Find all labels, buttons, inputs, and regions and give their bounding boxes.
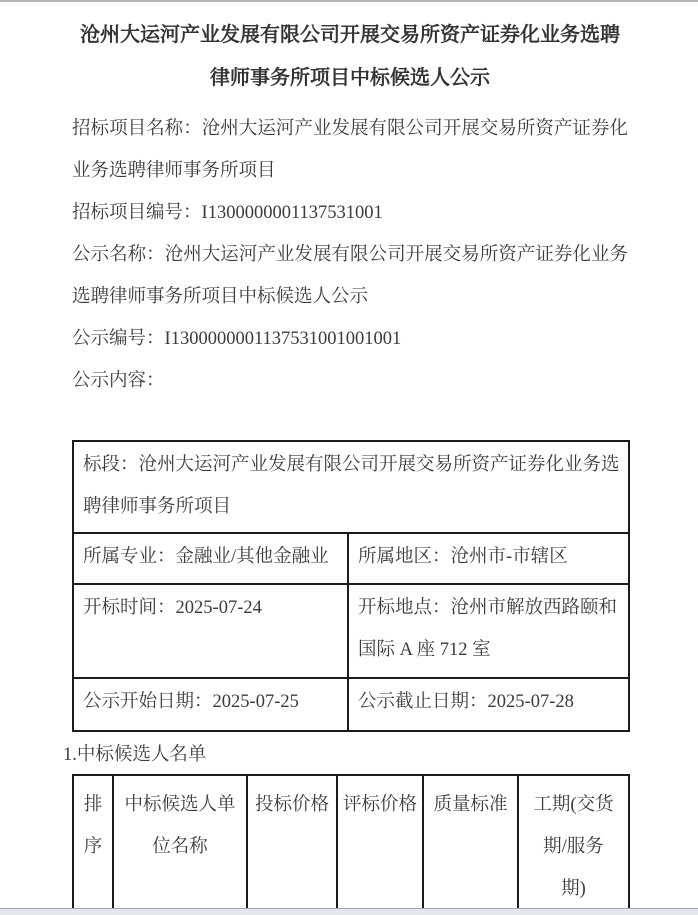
table-row-bid-opening: 开标时间：2025-07-24 开标地点：沧州市解放西路颐和国际 A 座 712…	[73, 584, 629, 678]
cell-colon: ：	[157, 547, 176, 567]
table-row-announcement-dates: 公示开始日期：2025-07-25 公示截止日期：2025-07-28	[73, 678, 629, 731]
col-header-evaluated-price: 评标价格	[337, 775, 423, 911]
cell-value: 2025-07-28	[488, 692, 574, 712]
cell-value: 沧州大运河产业发展有限公司开展交易所资产证券化业务选聘律师事务所项目	[83, 455, 620, 517]
cell-value: 2025-07-24	[176, 598, 262, 618]
project-info-table: 标段：沧州大运河产业发展有限公司开展交易所资产证券化业务选聘律师事务所项目 所属…	[72, 440, 630, 732]
header-fields: 招标项目名称：沧州大运河产业发展有限公司开展交易所资产证券化业务选聘律师事务所项…	[72, 108, 628, 402]
cell-announce-end-date: 公示截止日期：2025-07-28	[348, 678, 629, 731]
cell-announce-start-date: 公示开始日期：2025-07-25	[73, 678, 348, 731]
cell-profession: 所属专业：金融业/其他金融业	[73, 533, 348, 584]
cell-section: 标段：沧州大运河产业发展有限公司开展交易所资产证券化业务选聘律师事务所项目	[73, 441, 629, 533]
page-title: 沧州大运河产业发展有限公司开展交易所资产证券化业务选聘律师事务所项目中标候选人公…	[72, 14, 628, 100]
col-header-quality-standard: 质量标准	[423, 775, 518, 911]
col-header-duration-text: 工期(交货期/服务期)	[531, 784, 616, 910]
field-tender-project-number: 招标项目编号：I1300000001137531001	[72, 192, 628, 234]
field-label: 招标项目名称	[72, 119, 183, 139]
cell-label: 公示截止日期	[358, 692, 469, 712]
col-header-rank: 排序	[73, 775, 113, 911]
cell-value: 金融业/其他金融业	[176, 547, 329, 567]
col-header-duration: 工期(交货期/服务期)	[518, 775, 629, 911]
table-row-section: 标段：沧州大运河产业发展有限公司开展交易所资产证券化业务选聘律师事务所项目	[73, 441, 629, 533]
cell-colon: ：	[469, 692, 488, 712]
table-row-profession-region: 所属专业：金融业/其他金融业 所属地区：沧州市-市辖区	[73, 533, 629, 584]
document-page: 沧州大运河产业发展有限公司开展交易所资产证券化业务选聘律师事务所项目中标候选人公…	[0, 14, 698, 912]
field-label: 公示内容	[72, 371, 146, 391]
field-announcement-content: 公示内容：	[72, 360, 628, 402]
cell-region: 所属地区：沧州市-市辖区	[348, 533, 629, 584]
cell-label: 公示开始日期	[83, 692, 194, 712]
cell-colon: ：	[432, 547, 451, 567]
cell-label: 所属专业	[83, 547, 157, 567]
field-colon: ：	[146, 245, 165, 265]
field-label: 公示编号	[72, 329, 146, 349]
field-value: I1300000001137531001001001	[165, 329, 402, 349]
field-colon: ：	[146, 329, 165, 349]
cell-label: 所属地区	[358, 547, 432, 567]
field-label: 招标项目编号	[72, 203, 183, 223]
field-announcement-name: 公示名称：沧州大运河产业发展有限公司开展交易所资产证券化业务选聘律师事务所项目中…	[72, 234, 628, 318]
field-label: 公示名称	[72, 245, 146, 265]
cell-value: 2025-07-25	[213, 692, 299, 712]
cell-label: 开标地点	[358, 598, 432, 618]
cell-value: 沧州市-市辖区	[451, 547, 568, 567]
field-colon: ：	[146, 371, 165, 391]
cell-bid-open-time: 开标时间：2025-07-24	[73, 584, 348, 678]
page-top-edge	[0, 0, 698, 2]
cell-label: 标段	[83, 455, 120, 475]
field-announcement-number: 公示编号：I1300000001137531001001001	[72, 318, 628, 360]
col-header-candidate-name: 中标候选人单位名称	[113, 775, 247, 911]
cell-colon: ：	[120, 455, 139, 475]
cell-colon: ：	[194, 692, 213, 712]
cell-colon: ：	[432, 598, 451, 618]
page-bottom-edge	[0, 908, 698, 915]
field-value: I1300000001137531001	[202, 203, 383, 223]
candidates-list-heading: 1.中标候选人名单	[63, 736, 628, 774]
field-tender-project-name: 招标项目名称：沧州大运河产业发展有限公司开展交易所资产证券化业务选聘律师事务所项…	[72, 108, 628, 192]
candidates-table-header-row: 排序 中标候选人单位名称 投标价格 评标价格 质量标准 工期(交货期/服务期)	[73, 775, 629, 911]
cell-colon: ：	[157, 598, 176, 618]
field-colon: ：	[183, 119, 202, 139]
cell-bid-open-place: 开标地点：沧州市解放西路颐和国际 A 座 712 室	[348, 584, 629, 678]
cell-label: 开标时间	[83, 598, 157, 618]
field-colon: ：	[183, 203, 202, 223]
col-header-bid-price: 投标价格	[247, 775, 337, 911]
candidates-table: 排序 中标候选人单位名称 投标价格 评标价格 质量标准 工期(交货期/服务期)	[72, 774, 630, 912]
